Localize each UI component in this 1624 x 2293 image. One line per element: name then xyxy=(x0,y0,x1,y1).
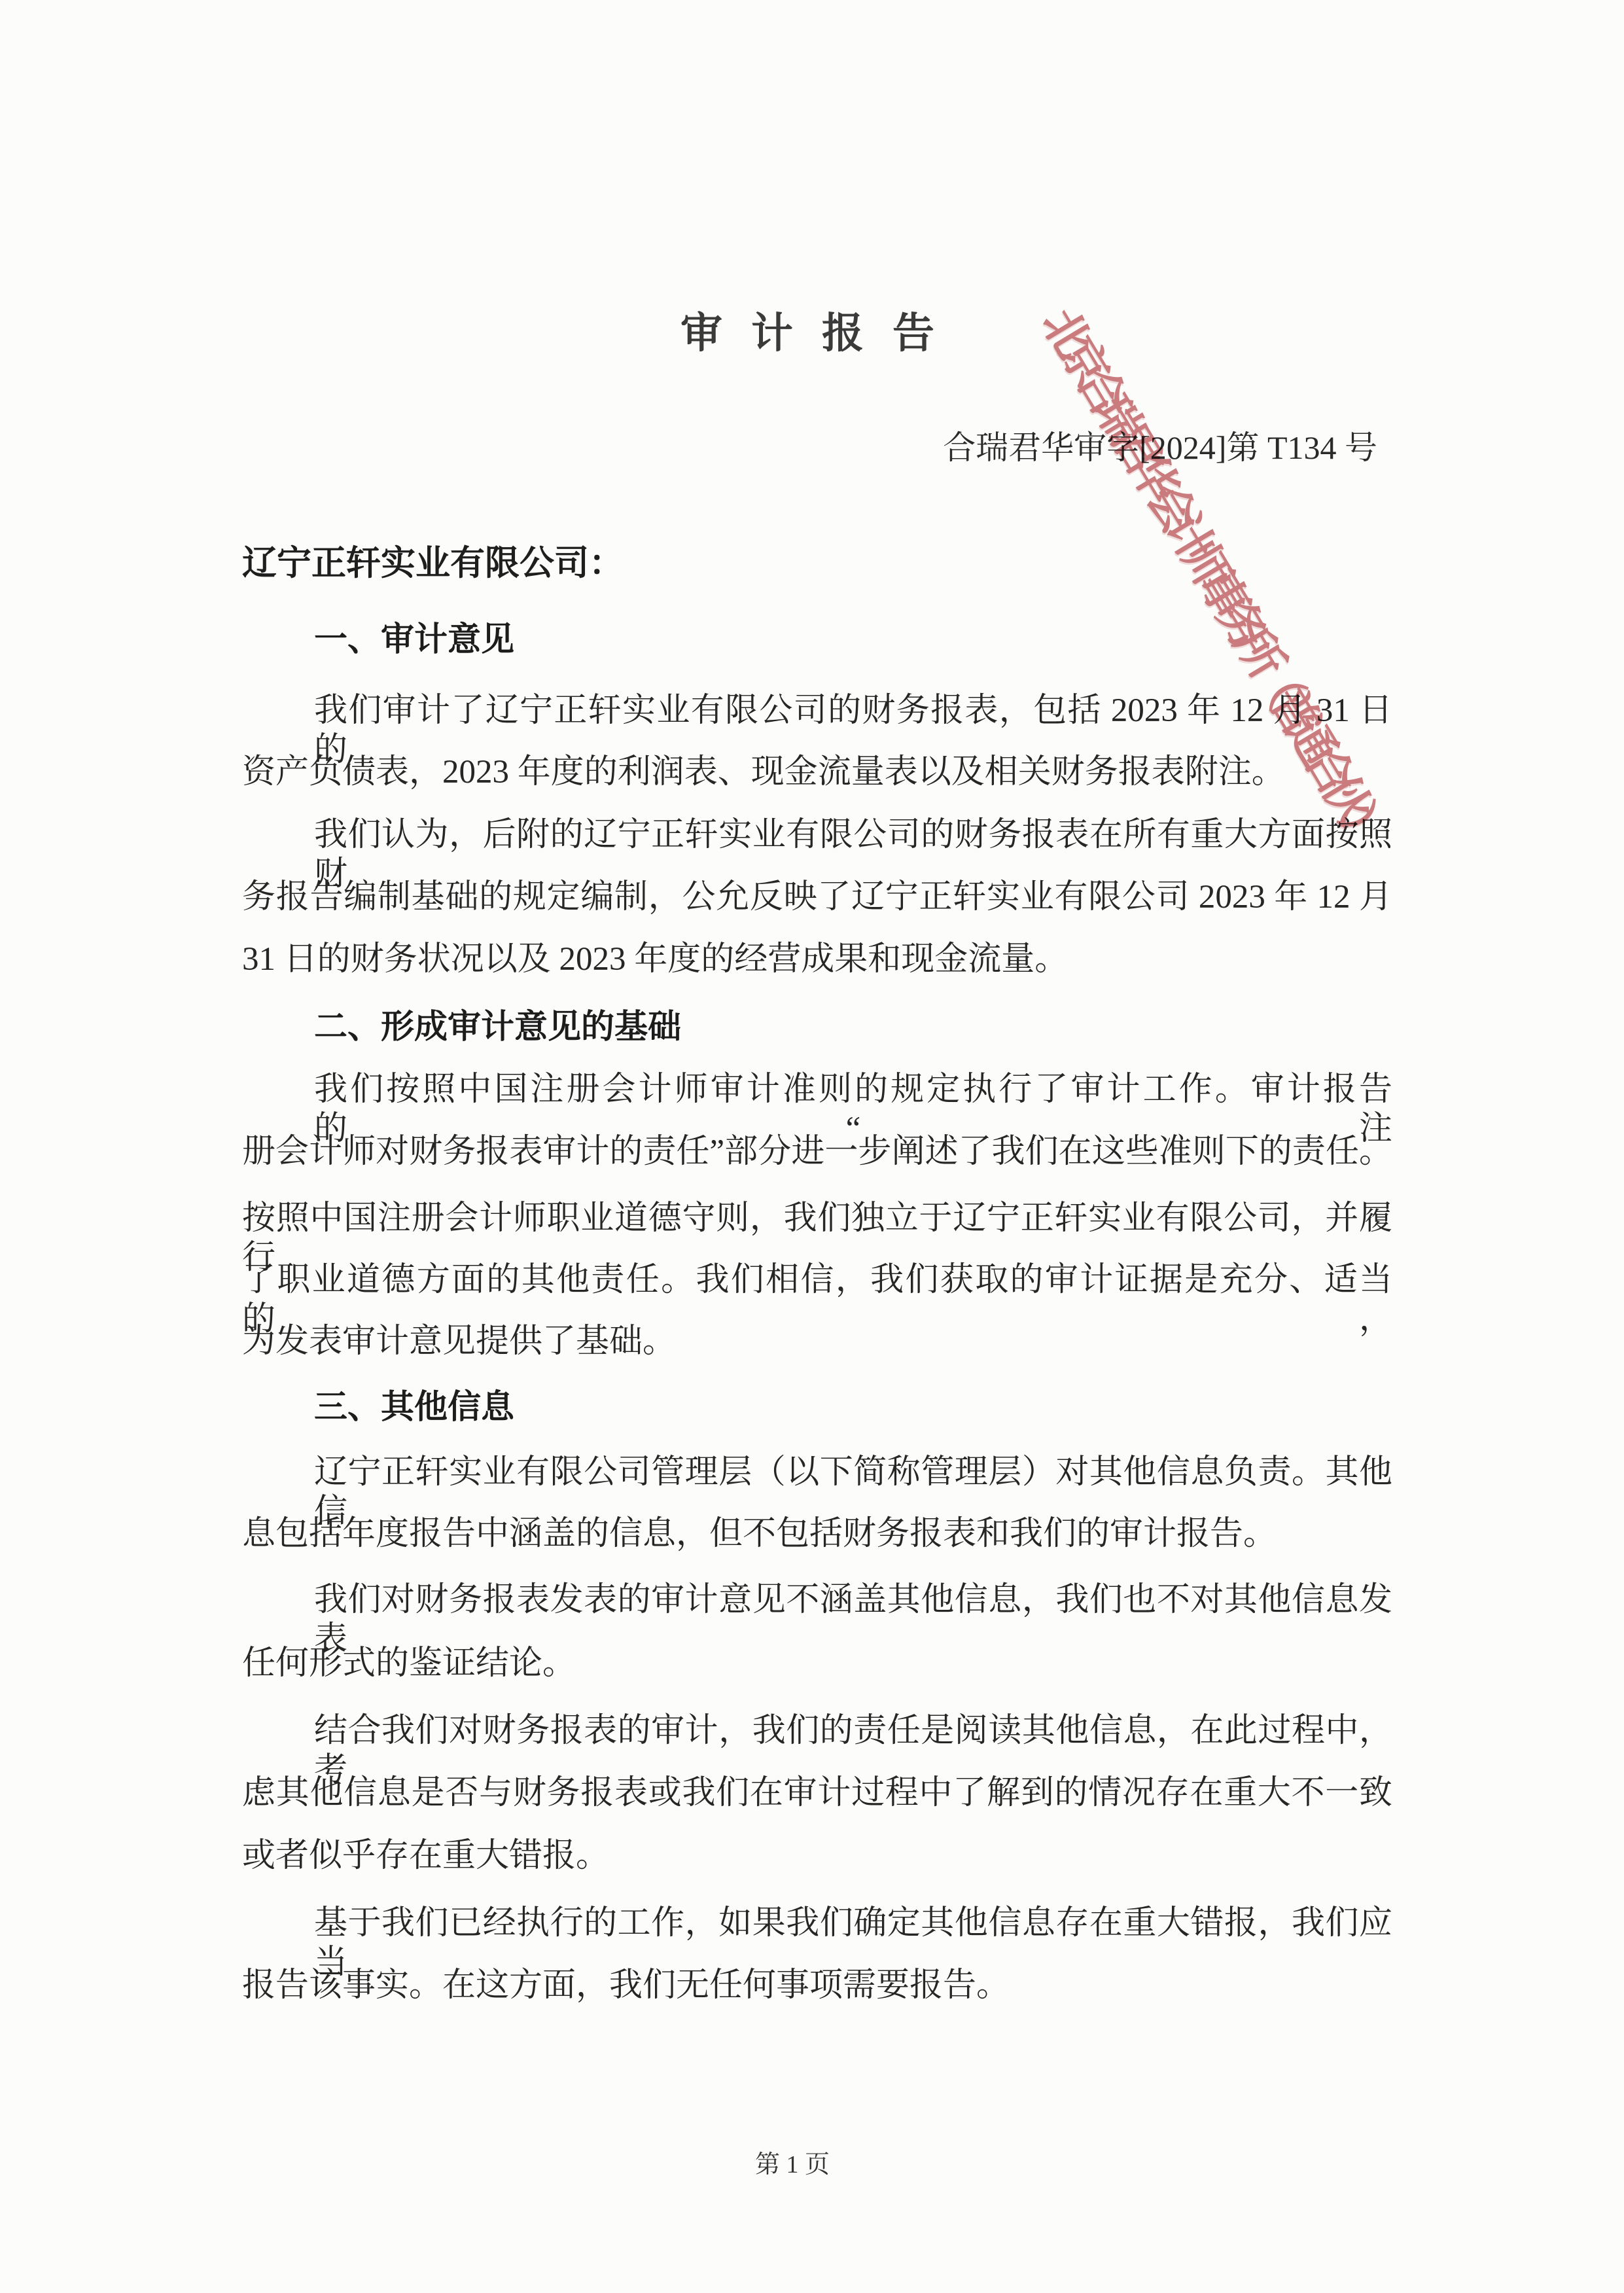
audit-report-page: 审 计 报 告 合瑞君华审字[2024]第 T134 号 辽宁正轩实业有限公司：… xyxy=(0,0,1624,2293)
body-text-line: 务报告编制基础的规定编制，公允反映了辽宁正轩实业有限公司 2023 年 12 月 xyxy=(242,878,1392,917)
body-text-line: 虑其他信息是否与财务报表或我们在审计过程中了解到的情况存在重大不一致 xyxy=(242,1773,1392,1813)
body-text-line: 31 日的财务状况以及 2023 年度的经营成果和现金流量。 xyxy=(242,940,1392,979)
body-text-line: 报告该事实。在这方面，我们无任何事项需要报告。 xyxy=(242,1966,1392,2005)
body-text-line: 或者似乎存在重大错报。 xyxy=(242,1836,1392,1875)
body-text-line: 为发表审计意见提供了基础。 xyxy=(242,1322,1392,1361)
body-text-line: 任何形式的鉴证结论。 xyxy=(242,1644,1392,1683)
addressee-line: 辽宁正轩实业有限公司： xyxy=(242,535,624,585)
report-reference-number: 合瑞君华审字[2024]第 T134 号 xyxy=(943,421,1377,469)
document-title: 审 计 报 告 xyxy=(0,300,1624,360)
body-text-line: 息包括年度报告中涵盖的信息，但不包括财务报表和我们的审计报告。 xyxy=(242,1514,1392,1554)
body-text-line: 册会计师对财务报表审计的责任”部分进一步阐述了我们在这些准则下的责任。 xyxy=(242,1132,1392,1171)
section-heading: 二、形成审计意见的基础 xyxy=(242,1008,1392,1047)
page-number: 第 1 页 xyxy=(0,2144,1604,2180)
section-heading: 一、审计意见 xyxy=(242,620,1392,660)
body-text-line: 资产负债表，2023 年度的利润表、现金流量表以及相关财务报表附注。 xyxy=(242,753,1392,792)
section-heading: 三、其他信息 xyxy=(242,1388,1392,1427)
